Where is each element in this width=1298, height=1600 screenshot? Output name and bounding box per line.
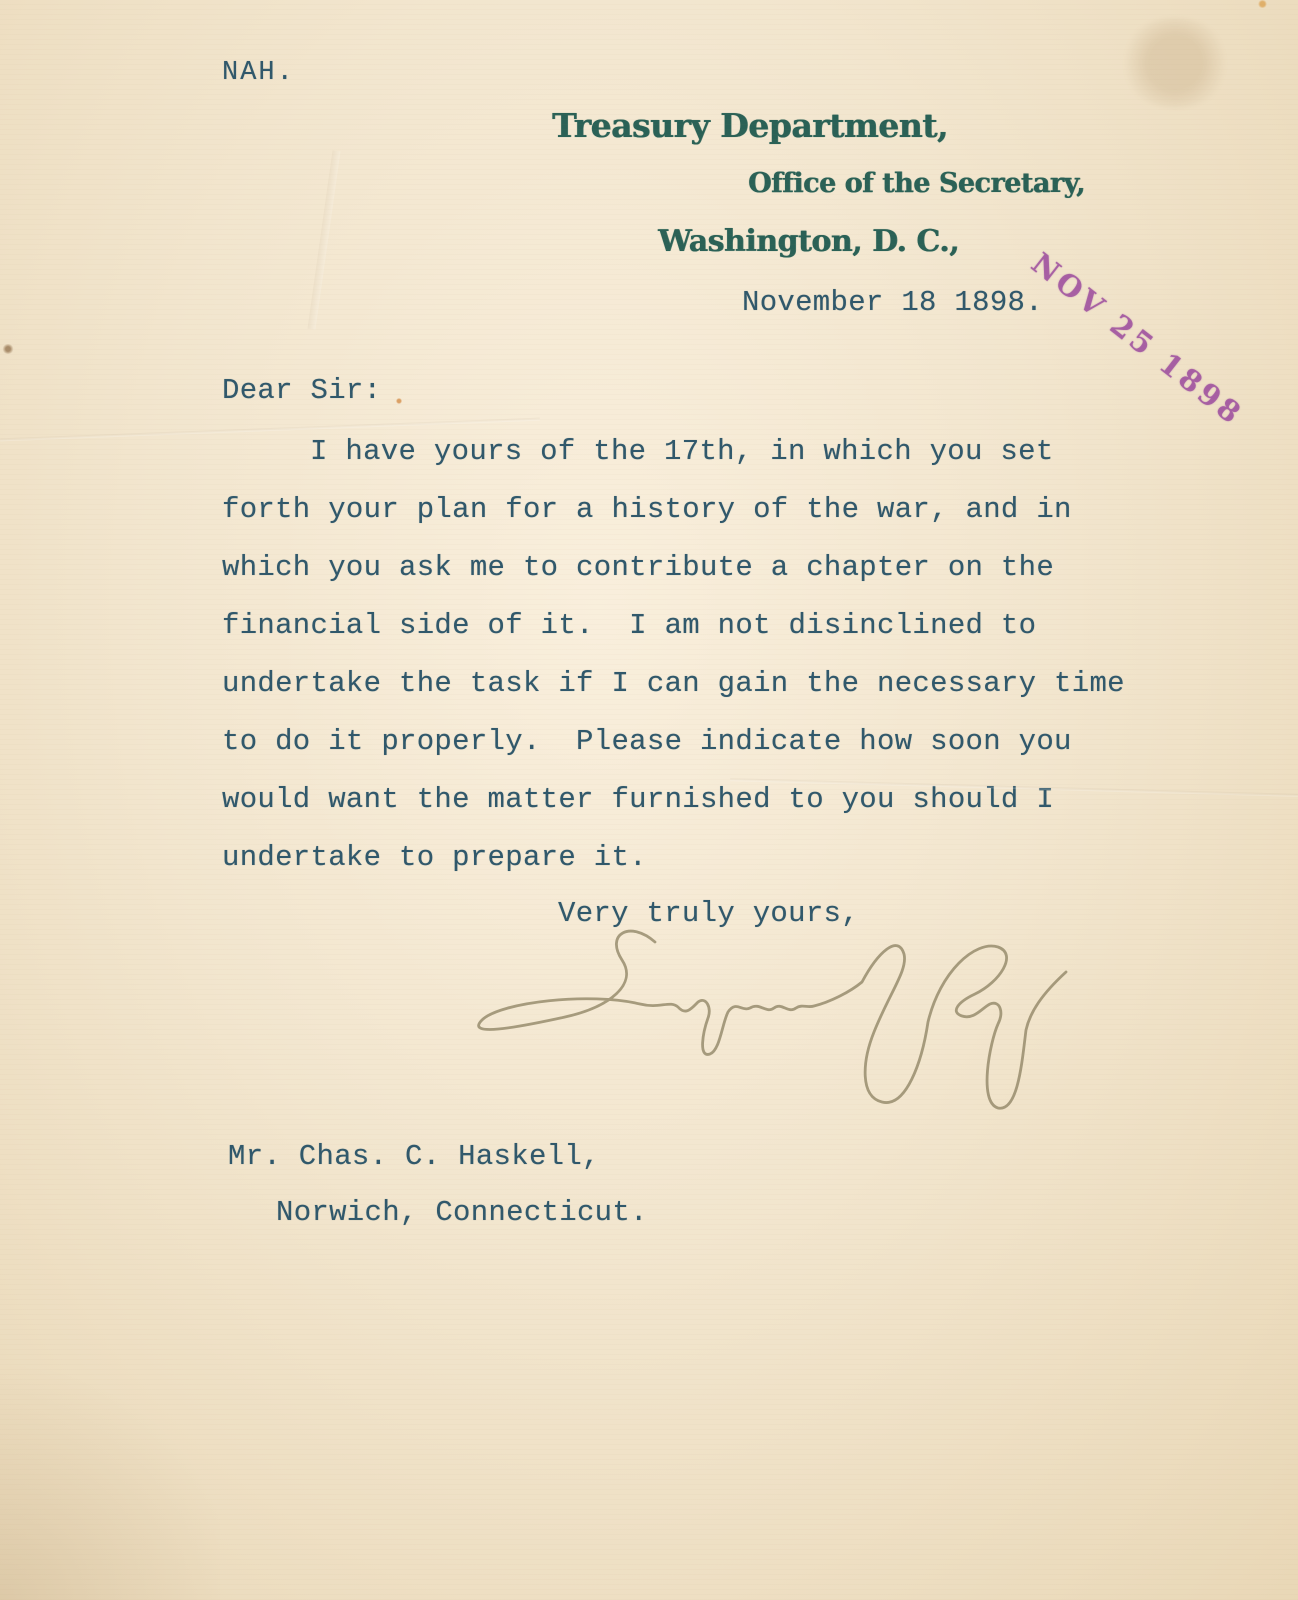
salutation: Dear Sir: bbox=[222, 374, 381, 407]
letterhead-city: Washington, D. C., bbox=[658, 224, 959, 259]
letterhead-office: Office of the Secretary, bbox=[748, 168, 1085, 199]
foxing-spot bbox=[1258, 0, 1267, 8]
received-date-stamp: NOV 25 1898 bbox=[1025, 246, 1250, 432]
letterhead-department: Treasury Department, bbox=[552, 106, 948, 145]
body-line: I have yours of the 17th, in which you s… bbox=[310, 435, 1054, 468]
foxing-spot bbox=[396, 398, 402, 404]
signature-lyman-j-gage: Lyman J Gage bbox=[470, 912, 1090, 1147]
body-line: forth your plan for a history of the war… bbox=[222, 493, 1072, 526]
body-line: to do it properly. Please indicate how s… bbox=[222, 725, 1072, 758]
recipient-city: Norwich, Connecticut. bbox=[276, 1196, 648, 1229]
recipient-name: Mr. Chas. C. Haskell, bbox=[228, 1140, 600, 1173]
body-line: would want the matter furnished to you s… bbox=[222, 783, 1054, 816]
stain-smudge bbox=[1120, 18, 1230, 108]
body-line: which you ask me to contribute a chapter… bbox=[222, 551, 1054, 584]
reference-initials: NAH. bbox=[222, 58, 295, 88]
body-line: undertake to prepare it. bbox=[222, 841, 647, 874]
date-line: November 18 1898. bbox=[742, 286, 1043, 319]
body-line: financial side of it. I am not disinclin… bbox=[222, 609, 1036, 642]
corner-shading bbox=[0, 1340, 220, 1600]
foxing-spot bbox=[2, 344, 14, 354]
letter-page: NAH. Treasury Department, Office of the … bbox=[0, 0, 1298, 1600]
body-line: undertake the task if I can gain the nec… bbox=[222, 667, 1125, 700]
paper-fold-crease bbox=[308, 150, 341, 329]
